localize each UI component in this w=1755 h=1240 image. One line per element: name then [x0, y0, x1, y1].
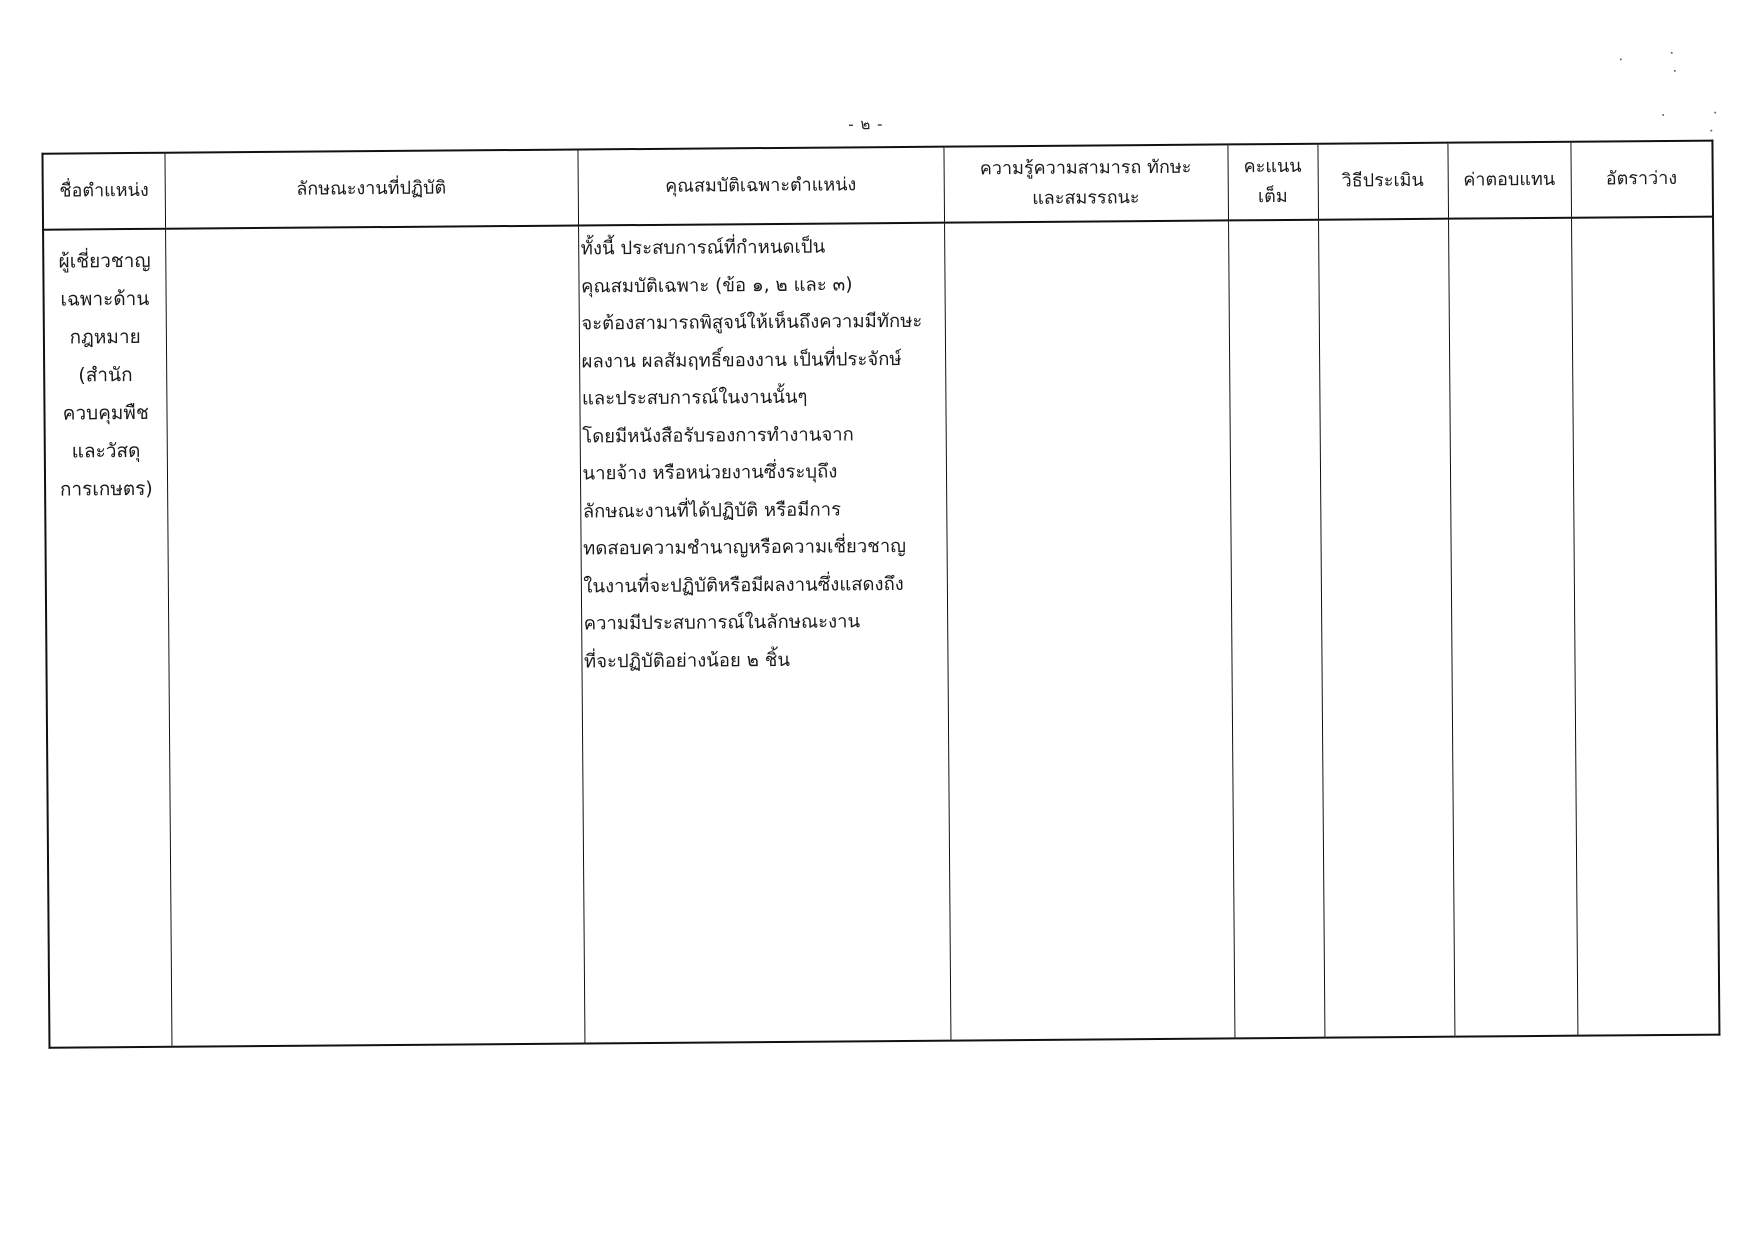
- header-vacancies: อัตราว่าง: [1570, 141, 1713, 218]
- header-full-score-line2: เต็ม: [1258, 186, 1288, 207]
- scan-artifact: [1710, 130, 1712, 132]
- scan-artifact: [1671, 52, 1673, 54]
- table-header-row: ชื่อตำแหน่ง ลักษณะงานที่ปฏิบัติ คุณสมบัต…: [42, 141, 1713, 230]
- header-competency-line1: ความรู้ความสามารถ ทักษะ: [980, 157, 1192, 180]
- header-competency-line2: และสมรรถนะ: [1032, 187, 1140, 209]
- header-competency: ความรู้ความสามารถ ทักษะ และสมรรถนะ: [943, 144, 1228, 222]
- header-full-score-line1: คะแนน: [1244, 156, 1302, 177]
- position-name: ผู้เชี่ยวชาญ เฉพาะด้าน กฎหมาย (สำนัก ควบ…: [44, 230, 167, 509]
- cell-job-description: [165, 226, 584, 1047]
- header-compensation: ค่าตอบแทน: [1447, 142, 1571, 219]
- header-full-score: คะแนน เต็ม: [1227, 144, 1318, 221]
- scan-artifact: [1674, 70, 1676, 72]
- scan-artifact: [1662, 114, 1664, 116]
- scan-artifact: [1620, 58, 1622, 60]
- header-qualifications: คุณสมบัติเฉพาะตำแหน่ง: [577, 147, 944, 226]
- position-table: ชื่อตำแหน่ง ลักษณะงานที่ปฏิบัติ คุณสมบัต…: [41, 140, 1720, 1049]
- cell-full-score: [1228, 220, 1324, 1039]
- qualification-text: ทั้งนี้ ประสบการณ์ที่กำหนดเป็น คุณสมบัติ…: [579, 224, 948, 681]
- page-number: - ๒ -: [848, 112, 883, 136]
- cell-assessment-method: [1318, 219, 1454, 1038]
- cell-position: ผู้เชี่ยวชาญ เฉพาะด้าน กฎหมาย (สำนัก ควบ…: [43, 229, 171, 1048]
- header-assessment-method: วิธีประเมิน: [1317, 143, 1448, 220]
- cell-competency: [944, 220, 1234, 1040]
- cell-qualifications: ทั้งนี้ ประสบการณ์ที่กำหนดเป็น คุณสมบัติ…: [578, 223, 950, 1044]
- header-job-description: ลักษณะงานที่ปฏิบัติ: [164, 150, 578, 229]
- cell-vacancies: [1571, 217, 1719, 1036]
- header-position: ชื่อตำแหน่ง: [42, 153, 165, 230]
- scan-artifact: [1714, 112, 1716, 114]
- document-page: - ๒ - ชื่อตำแหน่ง ลักษณะงานที่ปฏิบัติ คุ…: [0, 0, 1755, 1240]
- cell-compensation: [1448, 218, 1577, 1037]
- table-row: ผู้เชี่ยวชาญ เฉพาะด้าน กฎหมาย (สำนัก ควบ…: [43, 217, 1719, 1048]
